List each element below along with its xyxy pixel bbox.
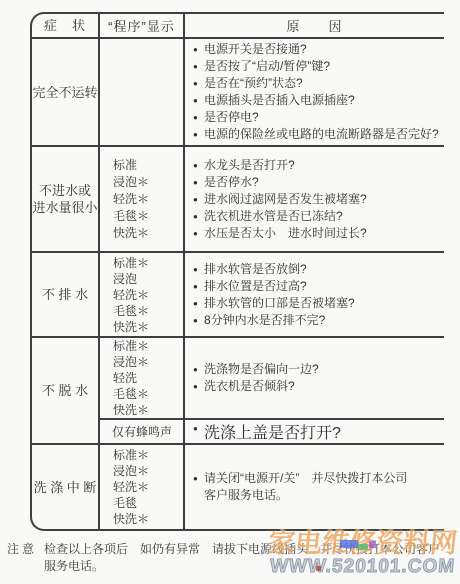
watermark-color-chip	[369, 541, 376, 548]
program-item: 快洗＊	[113, 402, 183, 418]
header-symptom: 症 状	[32, 14, 100, 37]
symptom-cell: 完全不运转	[32, 39, 100, 145]
cause-item: 洗衣机是否倾斜?	[193, 378, 440, 395]
program-item: 标准＊	[113, 338, 183, 354]
program-item: 标准＊	[113, 447, 183, 463]
symptom-cell: 不 脱 水	[32, 338, 100, 443]
program-item: 轻洗＊	[113, 191, 183, 208]
symptom-label-line2: 进水量很小	[32, 199, 97, 216]
program-cell: 标准＊ 浸泡 轻洗＊ 毛毯＊ 快洗＊	[100, 253, 185, 336]
program-cell: 标准＊ 浸泡＊ 轻洗 毛毯＊ 快洗＊	[100, 338, 185, 418]
program-list: 标准＊ 浸泡＊ 轻洗＊ 毛毯 快洗＊	[100, 445, 183, 529]
cause-item: 电源插头是否插入电源插座?	[193, 92, 440, 109]
program-item: 标准	[113, 157, 183, 174]
watermark-color-chip	[316, 566, 321, 571]
cause-list: 水龙头是否打开? 是否停水? 进水阀过滤网是否发生被堵塞? 洗衣机进水管是否已冻…	[185, 147, 444, 251]
program-item: 轻洗＊	[113, 287, 183, 303]
program-item: 浸泡＊	[113, 174, 183, 191]
cause-item: 电源的保险丝或电路的电流断路器是否完好?	[193, 126, 440, 143]
row-wash-interrupted: 洗 涤 中 断 标准＊ 浸泡＊ 轻洗＊ 毛毯 快洗＊ 请关闭“电源开/关” 并尽…	[32, 445, 444, 529]
note-label: 注意	[7, 541, 37, 575]
program-cell: 标准＊ 浸泡＊ 轻洗＊ 毛毯 快洗＊	[100, 445, 185, 529]
program-item: 毛毯＊	[113, 386, 183, 402]
cause-item: 8分钟内水是否排不完?	[193, 312, 440, 329]
cause-item: 水压是否太小 进水时间过长?	[193, 225, 440, 242]
cause-cell-beeper: 洗涤上盖是否打开?	[185, 420, 444, 443]
cause-item: 洗涤上盖是否打开?	[193, 420, 341, 443]
symptom-cell: 不 排 水	[32, 253, 100, 336]
program-list: 标准＊ 浸泡＊ 轻洗 毛毯＊ 快洗＊	[100, 338, 183, 418]
program-cell-empty	[100, 39, 185, 145]
program-cell-beeper: 仅有蜂鸣声	[100, 420, 185, 443]
cause-item: 是否在“预约”状态?	[193, 75, 440, 92]
cause-item: 是否停电?	[193, 109, 440, 126]
cause-list: 洗涤物是否偏向一边? 洗衣机是否倾斜?	[185, 338, 444, 418]
header-program-display: “程序”显示	[100, 14, 185, 37]
sub-row-beeper: 仅有蜂鸣声 洗涤上盖是否打开?	[100, 420, 444, 443]
troubleshooting-table: 症 状 “程序”显示 原 因 完全不运转 电源开关是否接通? 是否按了“启动/暂…	[30, 12, 444, 531]
manual-troubleshooting-page: 症 状 “程序”显示 原 因 完全不运转 电源开关是否接通? 是否按了“启动/暂…	[0, 0, 460, 584]
row-not-running: 完全不运转 电源开关是否接通? 是否按了“启动/暂停”键? 是否在“预约”状态?…	[32, 39, 444, 147]
cause-item: 电源开关是否接通?	[193, 41, 440, 58]
program-item: 浸泡＊	[113, 463, 183, 479]
cause-item: 进水阀过滤网是否发生被堵塞?	[193, 191, 440, 208]
note-text: 检查以上各项后 如仍有异常 请拔下电源线插头 并尽快拨打本公司客户服务电话。	[44, 541, 450, 575]
symptom-label: 不 脱 水	[42, 382, 88, 399]
row-not-spinning-right: 标准＊ 浸泡＊ 轻洗 毛毯＊ 快洗＊ 洗涤物是否偏向一边? 洗衣机是否倾斜?	[100, 338, 444, 443]
row-not-draining: 不 排 水 标准＊ 浸泡 轻洗＊ 毛毯＊ 快洗＊ 排水软管是否放倒? 排水位置是…	[32, 253, 444, 338]
cause-cell: 水龙头是否打开? 是否停水? 进水阀过滤网是否发生被堵塞? 洗衣机进水管是否已冻…	[185, 147, 444, 251]
cause-item: 洗衣机进水管是否已冻结?	[193, 208, 440, 225]
cause-list: 请关闭“电源开/关” 并尽快拨打本公司客户服务电话。	[185, 445, 444, 529]
cause-item: 是否停水?	[193, 174, 440, 191]
cause-item: 水龙头是否打开?	[193, 157, 440, 174]
symptom-cell: 不进水或 进水量很小	[32, 147, 100, 251]
program-item: 快洗＊	[113, 319, 183, 335]
header-cause: 原 因	[185, 14, 444, 37]
symptom-cell: 洗 涤 中 断	[32, 445, 100, 529]
cause-item: 洗涤物是否偏向一边?	[193, 361, 440, 378]
footer-note: 注意 检查以上各项后 如仍有异常 请拔下电源线插头 并尽快拨打本公司客户服务电话…	[7, 541, 457, 575]
cause-cell: 电源开关是否接通? 是否按了“启动/暂停”键? 是否在“预约”状态? 电源插头是…	[185, 39, 444, 145]
program-item: 轻洗	[113, 370, 183, 386]
program-list: 标准 浸泡＊ 轻洗＊ 毛毯＊ 快洗＊	[100, 147, 183, 251]
cause-item: 请关闭“电源开/关” 并尽快拨打本公司客户服务电话。	[193, 470, 416, 504]
program-item: 快洗＊	[113, 225, 183, 242]
watermark-color-chip	[340, 540, 358, 548]
symptom-label: 完全不运转	[32, 84, 97, 101]
cause-list: 排水软管是否放倒? 排水位置是否过高? 排水软管的口部是否被堵塞? 8分钟内水是…	[185, 253, 444, 336]
cause-cell: 排水软管是否放倒? 排水位置是否过高? 排水软管的口部是否被堵塞? 8分钟内水是…	[185, 253, 444, 336]
program-item: 标准＊	[113, 255, 183, 271]
program-item: 毛毯＊	[113, 208, 183, 225]
cause-cell: 洗涤物是否偏向一边? 洗衣机是否倾斜?	[185, 338, 444, 418]
symptom-label-line1: 不进水或	[39, 182, 91, 199]
table-header-row: 症 状 “程序”显示 原 因	[32, 14, 444, 39]
cause-item: 排水软管的口部是否被堵塞?	[193, 295, 440, 312]
program-item: 轻洗＊	[113, 479, 183, 495]
program-item: 毛毯	[113, 495, 183, 511]
sub-row-main: 标准＊ 浸泡＊ 轻洗 毛毯＊ 快洗＊ 洗涤物是否偏向一边? 洗衣机是否倾斜?	[100, 338, 444, 420]
program-item: 毛毯＊	[113, 303, 183, 319]
program-cell: 标准 浸泡＊ 轻洗＊ 毛毯＊ 快洗＊	[100, 147, 185, 251]
row-not-spinning: 不 脱 水 标准＊ 浸泡＊ 轻洗 毛毯＊ 快洗＊	[32, 338, 444, 445]
cause-item: 排水位置是否过高?	[193, 278, 440, 295]
cause-item: 是否按了“启动/暂停”键?	[193, 58, 440, 75]
cause-list: 电源开关是否接通? 是否按了“启动/暂停”键? 是否在“预约”状态? 电源插头是…	[185, 39, 444, 145]
symptom-label: 洗 涤 中 断	[34, 479, 97, 496]
watermark-color-chip	[358, 544, 368, 550]
symptom-label: 不 排 水	[42, 286, 88, 303]
program-item: 快洗＊	[113, 511, 183, 527]
program-list: 标准＊ 浸泡 轻洗＊ 毛毯＊ 快洗＊	[100, 253, 183, 336]
program-item: 浸泡	[113, 271, 183, 287]
cause-cell: 请关闭“电源开/关” 并尽快拨打本公司客户服务电话。	[185, 445, 444, 529]
cause-item: 排水软管是否放倒?	[193, 261, 440, 278]
program-item: 浸泡＊	[113, 354, 183, 370]
row-no-water-intake: 不进水或 进水量很小 标准 浸泡＊ 轻洗＊ 毛毯＊ 快洗＊ 水龙头是否打开? 是…	[32, 147, 444, 253]
